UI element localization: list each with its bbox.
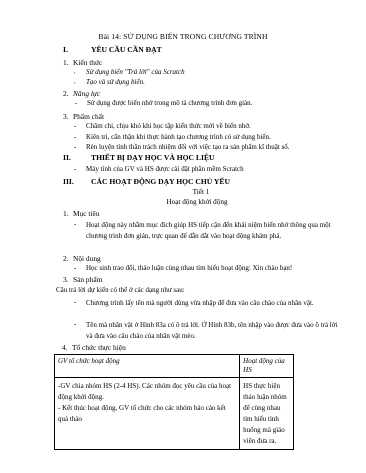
section-label: YÊU CẦU CẦN ĐẠT: [91, 45, 162, 54]
bullet-icon: ▪: [74, 68, 86, 77]
list-item: ▪ Tạo và sử dụng biến.: [74, 78, 338, 87]
subheading-number: 1.: [63, 209, 73, 218]
list-item: - Chương trình lấy tên mà người dùng vừa…: [74, 298, 338, 309]
table-row: -GV chia nhóm HS (2-4 HS). Các nhóm đọc …: [55, 377, 294, 449]
subheading-organization: 4. Tổ chức thực hiện: [62, 343, 126, 352]
list-item: - Chăm chỉ, chịu khó khi học tập kiến th…: [74, 122, 338, 131]
subheading-label: Nội dung: [73, 254, 101, 263]
dash-icon: -: [74, 122, 86, 131]
list-item: - Hoạt động này nhằm mục đích giúp HS ti…: [74, 220, 338, 242]
subheading-number: 4.: [62, 343, 72, 352]
list-item: ▪ Sử dụng biến "Trả lời" của Scratch: [74, 68, 338, 77]
subheading-label: Năng lực: [73, 89, 100, 98]
subheading-number: 2.: [63, 89, 73, 98]
subheading-label: Phẩm chất: [73, 112, 104, 121]
document-page: Bài 14: SỬ DỤNG BIẾN TRONG CHƯƠNG TRÌNH …: [0, 0, 366, 473]
section-number: II.: [63, 153, 91, 162]
section-heading-requirements: I. YÊU CẦU CẦN ĐẠT: [63, 45, 162, 54]
subheading-number: 3.: [63, 112, 73, 121]
list-item: - Sử dụng được biến nhớ trong mô tả chươ…: [75, 99, 339, 108]
list-item: - Rèn luyện tính thần trách nhiệm đối vớ…: [74, 143, 338, 152]
list-item: - Kiên trì, cẩn thận khi thực hành tạo c…: [74, 133, 338, 142]
section-heading-equipment: II. THIẾT BỊ DẠY HỌC VÀ HỌC LIỆU: [63, 153, 215, 162]
table-header-row: GV tổ chức hoạt động Hoạt động của HS: [55, 355, 294, 378]
lesson-title: Bài 14: SỬ DỤNG BIẾN TRONG CHƯƠNG TRÌNH: [0, 32, 366, 41]
subheading-label: Mục tiêu: [73, 209, 99, 218]
section-heading-activities: III. CÁC HOẠT ĐỘNG DẠY HỌC CHỦ YẾU: [63, 177, 230, 186]
subheading-number: 1.: [63, 58, 73, 67]
list-item: - Học sinh trao đổi, thảo luận cùng nhau…: [74, 264, 338, 273]
section-label: THIẾT BỊ DẠY HỌC VÀ HỌC LIỆU: [91, 153, 215, 162]
subheading-label: Kiến thức: [73, 58, 102, 67]
activity-title: Hoạt động khởi động: [14, 198, 366, 207]
activity-table: GV tổ chức hoạt động Hoạt động của HS -G…: [54, 354, 294, 450]
subheading-qualities: 3. Phẩm chất: [63, 112, 104, 121]
section-number: III.: [63, 177, 91, 186]
subheading-label: Tổ chức thực hiện: [72, 343, 126, 352]
column-header-teacher: GV tổ chức hoạt động: [55, 355, 240, 378]
dash-icon: -: [74, 143, 86, 152]
dash-icon: -: [74, 264, 86, 273]
subheading-number: 3.: [63, 275, 73, 284]
section-label: CÁC HOẠT ĐỘNG DẠY HỌC CHỦ YẾU: [91, 177, 230, 186]
teacher-activity-cell: -GV chia nhóm HS (2-4 HS). Các nhóm đọc …: [55, 377, 240, 449]
subheading-product: 3. Sản phẩm: [63, 275, 102, 284]
list-item: - Tên mà nhân vật ở Hình 83a có ô trả lờ…: [74, 320, 338, 342]
section-number: I.: [63, 45, 91, 54]
teacher-step: - Kết thúc hoạt động, GV tổ chức cho các…: [58, 403, 236, 425]
dash-icon: -: [74, 298, 86, 309]
period-label: Tiết 1: [18, 188, 366, 197]
bullet-icon: ▪: [74, 78, 86, 87]
dash-icon: -: [74, 133, 86, 142]
subheading-label: Sản phẩm: [73, 275, 102, 284]
column-header-student: Hoạt động của HS: [240, 355, 294, 378]
expected-answers-intro: Câu trả lời dự kiến có thể ở các dạng nh…: [56, 286, 185, 295]
subheading-knowledge: 1. Kiến thức: [63, 58, 102, 67]
subheading-competency: 2. Năng lực: [63, 89, 100, 98]
subheading-objective: 1. Mục tiêu: [63, 209, 99, 218]
subheading-content: 2. Nội dung: [63, 254, 101, 263]
dash-icon: -: [74, 165, 86, 174]
subheading-number: 2.: [63, 254, 73, 263]
list-item: - Máy tính của GV và HS được cài đặt phầ…: [74, 165, 338, 174]
student-activity-cell: HS thực hiện thảo luận nhóm để cùng nhau…: [240, 377, 294, 449]
dash-icon: -: [74, 320, 86, 342]
dash-icon: -: [75, 99, 87, 108]
teacher-step: -GV chia nhóm HS (2-4 HS). Các nhóm đọc …: [58, 381, 236, 403]
dash-icon: -: [74, 220, 86, 242]
